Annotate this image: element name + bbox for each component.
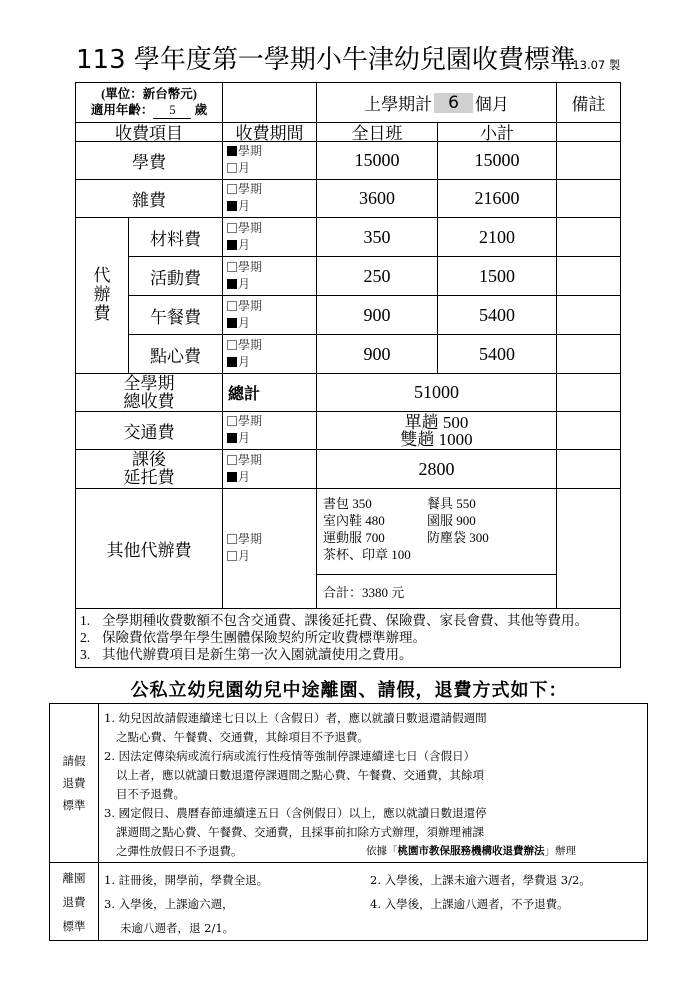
other-fees-row: 運動服 700防塵袋 300	[323, 529, 553, 546]
age-line: 適用年齡：5 歲	[91, 102, 207, 119]
grid-line	[49, 862, 648, 863]
period-label: 學期	[238, 338, 262, 352]
agency-group-text: 代辦費	[93, 267, 111, 324]
other-fee-item: 防塵袋 300	[427, 530, 489, 545]
col-header-full-day: 全日班	[317, 122, 437, 141]
rule-line: 1. 幼兒因故請假連續達七日以上（含假日）者，應以就讀日數退還請假週間	[104, 709, 644, 728]
grid-line	[75, 667, 621, 668]
rule-line: 1. 註冊後，開學前，學費全退。	[104, 868, 268, 892]
checkbox-month	[227, 551, 237, 561]
item-after-school-line1: 課後	[132, 451, 166, 469]
col-header-subtotal: 小計	[438, 122, 556, 141]
checkbox-semester	[227, 262, 237, 272]
checkbox-semester	[227, 416, 237, 426]
grid-line	[75, 608, 621, 609]
basis-prefix: 依據「	[366, 845, 398, 857]
other-fee-item: 園服 900	[427, 513, 476, 528]
grid-line	[316, 574, 556, 575]
grid-line	[222, 82, 223, 608]
note-number: 1.	[80, 612, 102, 629]
full-day-activity: 250	[317, 257, 437, 295]
item-total: 全學期 總收費	[76, 374, 222, 411]
notes-list: 1.全學期種收費數額不包含交通費、課後延托費、保險費、家長會費、其他等費用。 2…	[80, 612, 620, 663]
other-fees-total: 合計：3380 元	[323, 584, 404, 601]
rule-line: 4. 入學後，上課逾八週者，不予退費。	[370, 892, 591, 916]
item-snack: 點心費	[129, 335, 222, 373]
label-line: 退費	[63, 772, 86, 794]
item-lunch: 午餐費	[129, 296, 222, 334]
rule-line: 2. 入學後，上課未逾六週者，學費退 3/2。	[370, 868, 591, 892]
note-item: 3.其他代辦費項目是新生第一次入園就讀使用之費用。	[80, 646, 620, 663]
grid-line	[647, 703, 648, 941]
made-date: 113.07 製	[565, 57, 620, 73]
total-label: 總計	[223, 374, 316, 411]
transport-value: 單趟 500 雙趟 1000	[317, 412, 556, 449]
checkbox-month-checked	[227, 318, 237, 328]
other-fee-item: 餐具 550	[427, 496, 476, 511]
period-label: 學期	[238, 260, 262, 274]
period-label: 月	[238, 355, 250, 369]
item-total-line2: 總收費	[124, 393, 175, 411]
period-snack: 學期 月	[227, 337, 262, 371]
full-day-snack: 900	[317, 335, 437, 373]
checkbox-semester	[227, 223, 237, 233]
other-fees-row: 茶杯、印章 100	[323, 546, 553, 563]
period-activity: 學期 月	[227, 259, 262, 293]
leave-refund-rules: 1. 幼兒因故請假連續達七日以上（含假日）者，應以就讀日數退還請假週間 之點心費…	[104, 709, 644, 861]
period-label: 月	[238, 549, 250, 563]
period-label: 月	[238, 316, 250, 330]
period-lunch: 學期 月	[227, 298, 262, 332]
other-fee-item: 茶杯、印章 100	[323, 547, 411, 562]
rule-line: 目不予退費。	[104, 785, 644, 804]
item-materials: 材料費	[129, 218, 222, 256]
checkbox-month-checked	[227, 279, 237, 289]
item-after-school: 課後 延托費	[76, 450, 222, 488]
item-transport: 交通費	[76, 412, 222, 449]
label-line: 離園	[63, 866, 86, 890]
note-text: 其他代辦費項目是新生第一次入園就讀使用之費用。	[102, 647, 413, 662]
period-after-school: 學期 月	[227, 452, 262, 486]
age-label: 適用年齡：	[91, 103, 154, 117]
withdraw-rules-left: 1. 註冊後，開學前，學費全退。 3. 入學後，上課逾六週， 未逾八週者，退 2…	[104, 868, 268, 940]
subtotal-materials: 2100	[438, 218, 556, 256]
other-fees-list: 書包 350餐具 550 室內鞋 480園服 900 運動服 700防塵袋 30…	[323, 495, 553, 563]
period-label: 學期	[238, 182, 262, 196]
note-text: 保險費依當學年學生團體保險契約所定收費標準辦理。	[102, 630, 426, 645]
age-suffix: 歲	[195, 103, 208, 117]
period-label: 月	[238, 161, 250, 175]
period-label: 學期	[238, 532, 262, 546]
basis-regulation: 桃園市教保服務機構收退費辦法	[398, 845, 545, 857]
rule-line: 以上者，應以就讀日數退還停課週間之點心費、午餐費、交通費，其餘項	[104, 766, 644, 785]
note-text: 全學期種收費數額不包含交通費、課後延托費、保險費、家長會費、其他等費用。	[102, 613, 588, 628]
legal-basis: 依據「桃園市教保服務機構收退費辦法」辦理	[366, 842, 576, 861]
checkbox-month-checked	[227, 433, 237, 443]
note-item: 2.保險費依當學年學生團體保險契約所定收費標準辦理。	[80, 629, 620, 646]
subtotal-tuition: 15000	[438, 142, 556, 179]
other-fee-item: 運動服 700	[323, 529, 427, 546]
semester-suffix: 個月	[475, 90, 509, 115]
period-label: 月	[238, 470, 250, 484]
rule-line: 3. 入學後，上課逾六週，	[104, 892, 268, 916]
page-title: 113 學年度第一學期小牛津幼兒園收費標準	[76, 44, 576, 76]
period-misc: 學期 月	[227, 181, 262, 215]
other-fee-item: 書包 350	[323, 495, 427, 512]
period-label: 月	[238, 199, 250, 213]
agency-group-label: 代辦費	[76, 218, 128, 373]
period-label: 學期	[238, 414, 262, 428]
checkbox-semester	[227, 534, 237, 544]
grid-line	[49, 703, 648, 704]
full-day-misc: 3600	[317, 180, 437, 217]
full-day-materials: 350	[317, 218, 437, 256]
checkbox-semester	[227, 455, 237, 465]
rule-line: 未逾八週者，退 2/1。	[104, 916, 268, 940]
period-materials: 學期 月	[227, 220, 262, 254]
grid-line	[620, 82, 621, 668]
unit-label: (單位：新台幣元)	[101, 86, 197, 102]
grid-line	[49, 940, 648, 941]
age-value: 5	[153, 102, 191, 119]
period-tuition: 學期 月	[227, 143, 262, 177]
item-activity: 活動費	[129, 257, 222, 295]
checkbox-semester	[227, 340, 237, 350]
note-item: 1.全學期種收費數額不包含交通費、課後延托費、保險費、家長會費、其他等費用。	[80, 612, 620, 629]
other-fees-row: 室內鞋 480園服 900	[323, 512, 553, 529]
label-line: 退費	[63, 890, 86, 914]
semester-months-value: 6	[434, 93, 473, 113]
note-number: 3.	[80, 646, 102, 663]
semester-months-cell: 上學期計6個月	[317, 83, 556, 122]
total-value: 51000	[317, 374, 556, 411]
leave-refund-label: 請假 退費 標準	[50, 704, 98, 862]
rule-line: 課週間之點心費、午餐費、交通費，且採事前扣除方式辦理，須辦理補課	[104, 823, 644, 842]
rule-line: 之點心費、午餐費、交通費，其餘項目不予退費。	[104, 728, 644, 747]
rule-line: 3. 國定假日、農曆春節連續達五日（含例假日）以上，應以就讀日數退還停	[104, 804, 644, 823]
col-header-period: 收費期間	[223, 122, 316, 141]
period-label: 月	[238, 277, 250, 291]
checkbox-month-checked	[227, 240, 237, 250]
full-day-tuition: 15000	[317, 142, 437, 179]
rule-line: 2. 因法定傳染病或流行病或流行性疫情等強制停課連續達七日（含假日）	[104, 747, 644, 766]
after-school-value: 2800	[317, 450, 556, 488]
subtotal-activity: 1500	[438, 257, 556, 295]
checkbox-month-checked	[227, 357, 237, 367]
unit-age-cell: (單位：新台幣元) 適用年齡：5 歲	[76, 83, 222, 122]
transport-single-trip: 單趟 500	[405, 414, 469, 431]
period-transport: 學期 月	[227, 413, 262, 447]
full-day-lunch: 900	[317, 296, 437, 334]
subtotal-misc: 21600	[438, 180, 556, 217]
checkbox-semester	[227, 301, 237, 311]
withdraw-rules-right: 2. 入學後，上課未逾六週者，學費退 3/2。 4. 入學後，上課逾八週者，不予…	[370, 868, 591, 916]
remarks-header: 備註	[557, 83, 620, 122]
item-after-school-line2: 延托費	[124, 469, 175, 487]
period-label: 學期	[238, 144, 262, 158]
checkbox-month-checked	[227, 472, 237, 482]
other-fees-row: 書包 350餐具 550	[323, 495, 553, 512]
subtotal-snack: 5400	[438, 335, 556, 373]
checkbox-semester-checked	[227, 146, 237, 156]
item-misc: 雜費	[76, 180, 222, 217]
period-other-fees: 學期 月	[227, 531, 262, 565]
grid-line	[556, 82, 557, 608]
basis-suffix: 」辦理	[545, 845, 577, 857]
item-total-line1: 全學期	[124, 375, 175, 393]
transport-round-trip: 雙趟 1000	[400, 431, 472, 448]
other-fee-item: 室內鞋 480	[323, 512, 427, 529]
withdraw-refund-label: 離園 退費 標準	[50, 863, 98, 940]
period-label: 月	[238, 238, 250, 252]
semester-prefix: 上學期計	[364, 90, 432, 115]
refund-section-title: 公私立幼兒園幼兒中途離園、請假，退費方式如下：	[0, 676, 698, 702]
item-tuition: 學費	[76, 142, 222, 179]
col-header-item: 收費項目	[76, 122, 222, 141]
label-line: 標準	[63, 914, 86, 938]
label-line: 請假	[63, 750, 86, 772]
checkbox-month-checked	[227, 201, 237, 211]
label-line: 標準	[63, 794, 86, 816]
period-label: 學期	[238, 221, 262, 235]
rule-line-last: 之彈性放假日不予退費。 依據「桃園市教保服務機構收退費辦法」辦理	[104, 842, 644, 861]
period-label: 月	[238, 431, 250, 445]
period-label: 學期	[238, 299, 262, 313]
checkbox-month	[227, 163, 237, 173]
grid-line	[98, 703, 99, 941]
subtotal-lunch: 5400	[438, 296, 556, 334]
checkbox-semester	[227, 184, 237, 194]
item-other-fees: 其他代辦費	[76, 489, 222, 608]
note-number: 2.	[80, 629, 102, 646]
rule-line-text: 之彈性放假日不予退費。	[116, 844, 243, 858]
period-label: 學期	[238, 453, 262, 467]
